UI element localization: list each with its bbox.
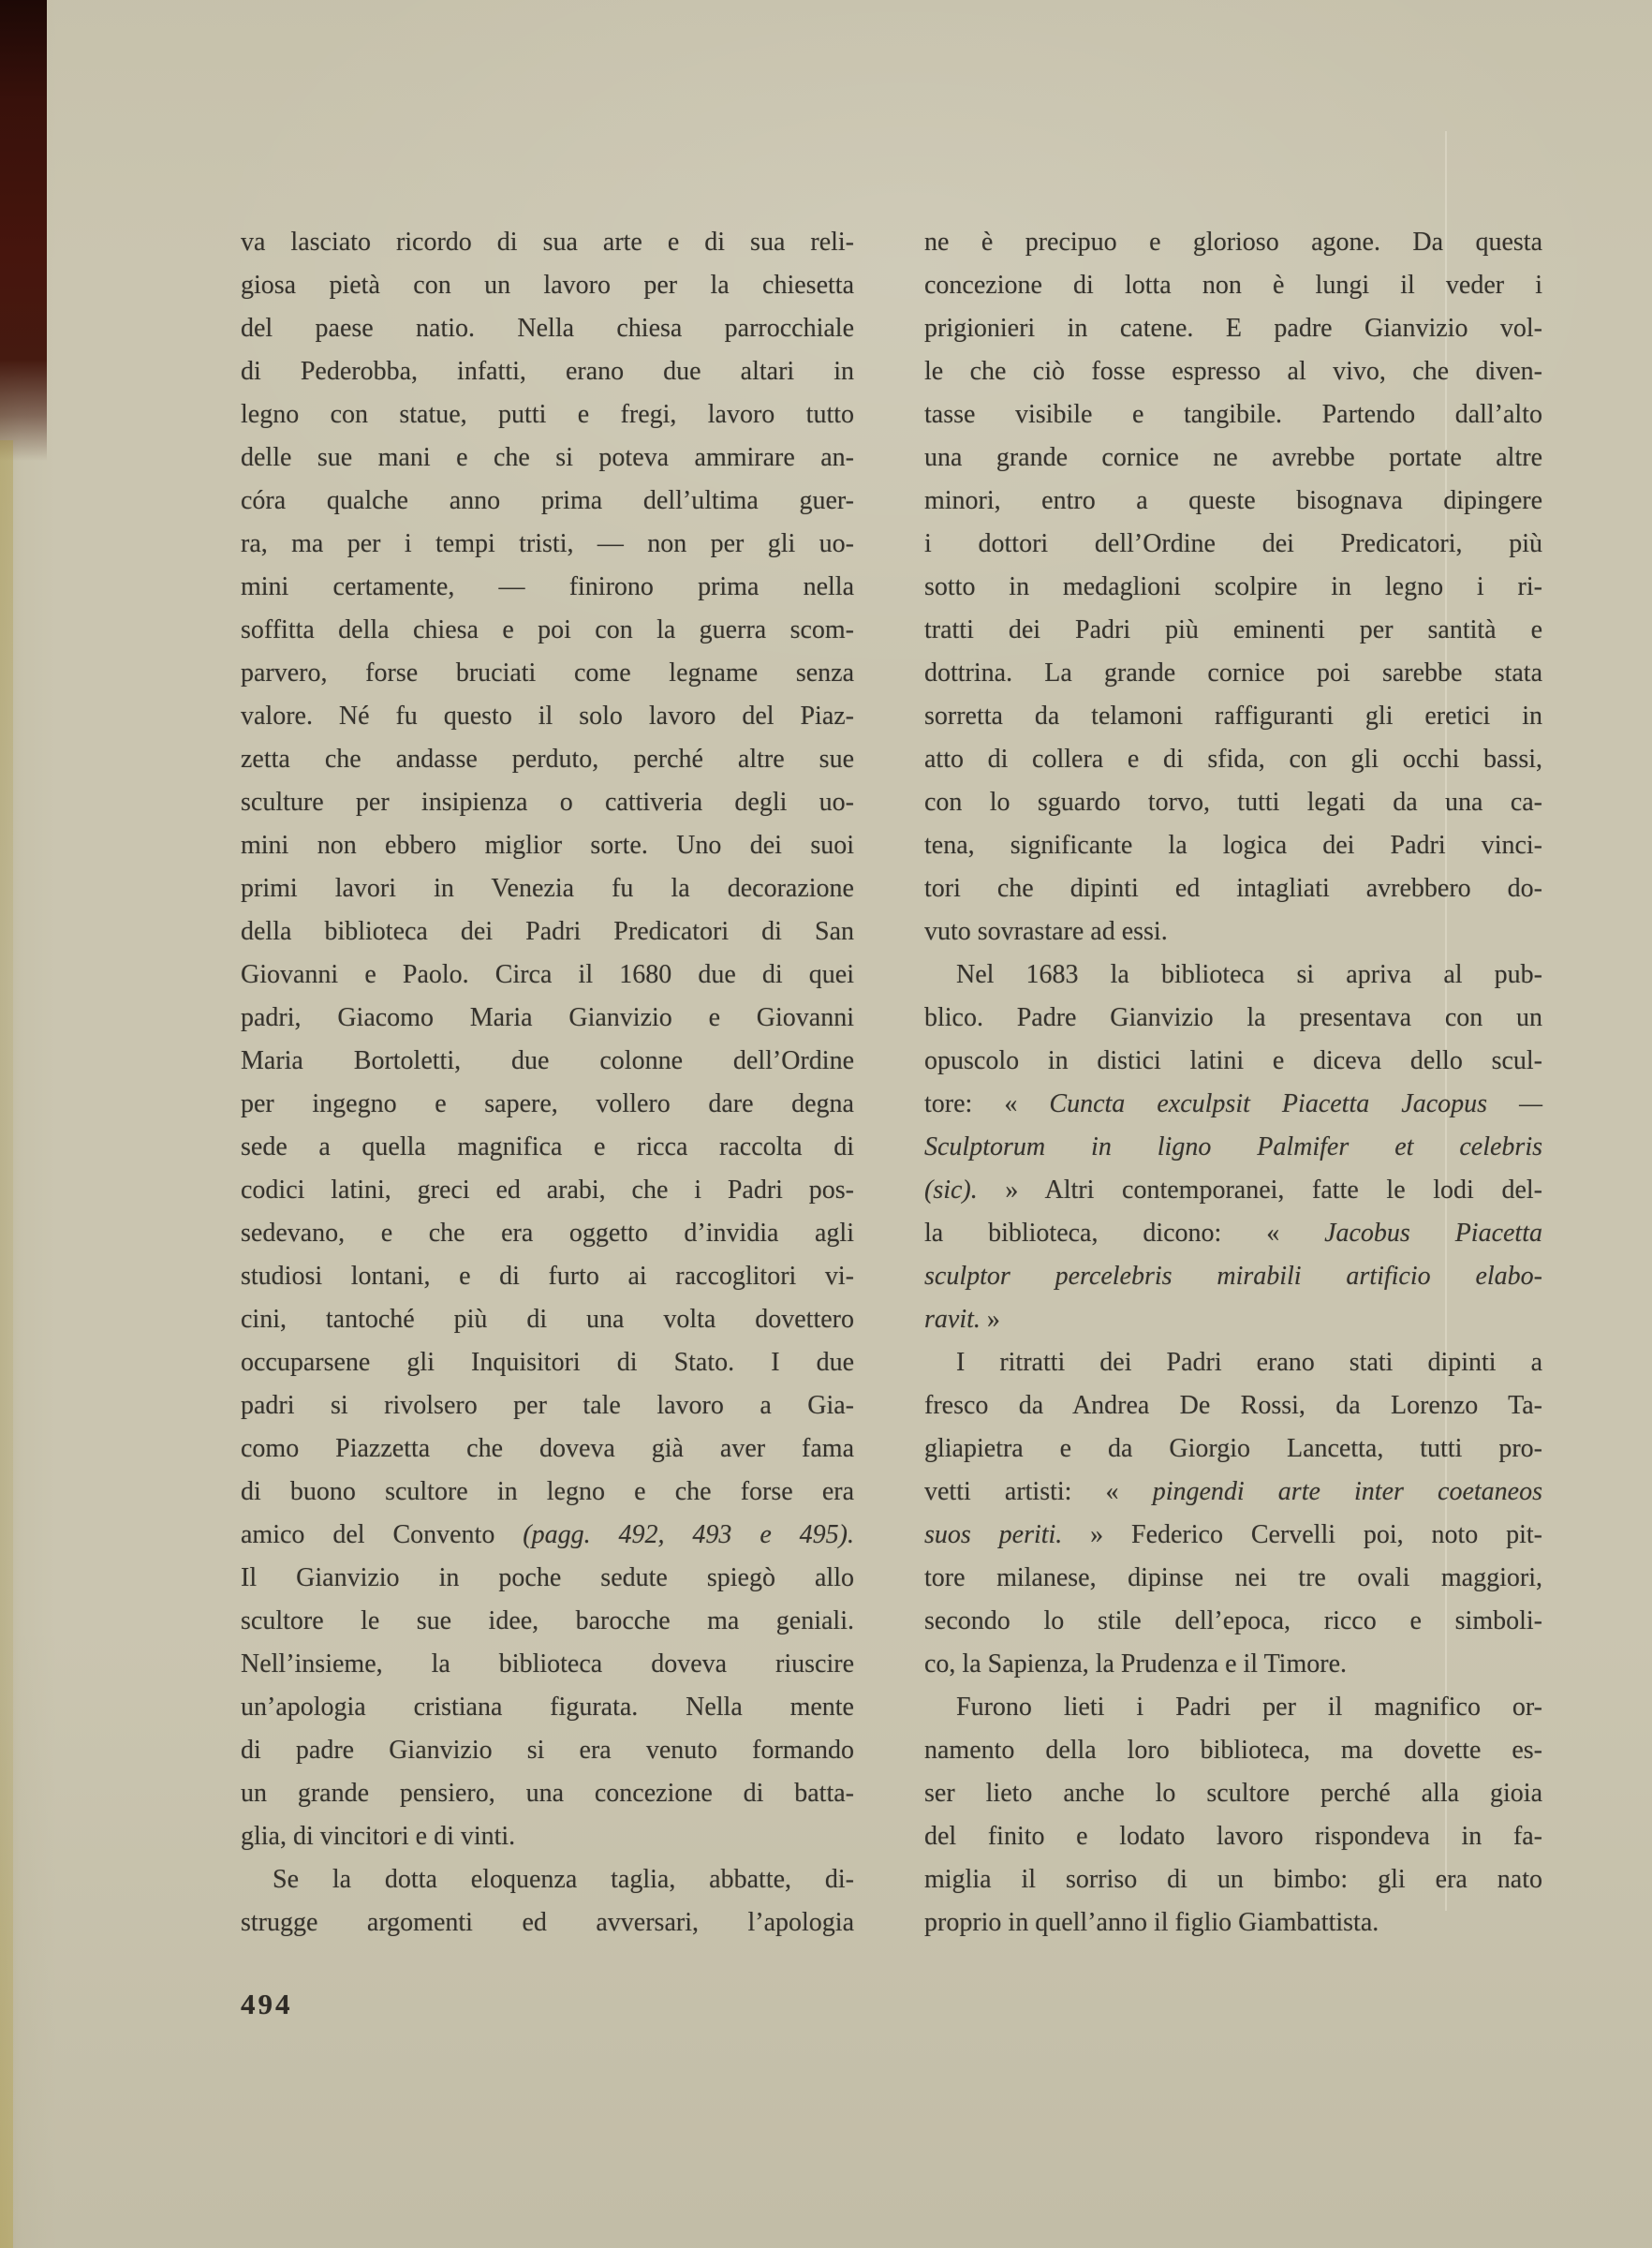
page-number: 494 [241,1988,293,2021]
text-run: amico del Convento [241,1520,523,1549]
text-run: sorretta da telamoni raffiguranti gli er… [924,702,1542,731]
text-line: Nel 1683 la biblioteca si apriva al pub- [924,954,1542,997]
text-line: opuscolo in distici latini e diceva dell… [924,1040,1542,1083]
text-run: Maria Bortoletti, due colonne dell’Ordin… [241,1046,854,1075]
text-line: namento della loro biblioteca, ma dovett… [924,1729,1542,1772]
text-run: per ingegno e sapere, vollero dare degna [241,1089,854,1118]
text-run: Nel 1683 la biblioteca si apriva al pub- [956,960,1542,989]
italic-text-run: ravit. [924,1305,981,1334]
text-run: sculture per insipienza o cattiveria deg… [241,788,854,817]
text-line: con lo sguardo torvo, tutti legati da un… [924,781,1542,824]
italic-text-run: suos periti. [924,1520,1062,1549]
text-run: codici latini, greci ed arabi, che i Pad… [241,1176,854,1205]
text-line: Se la dotta eloquenza taglia, abbatte, d… [241,1858,854,1901]
text-line: Sculptorum in ligno Palmifer et celebris [924,1126,1542,1169]
text-run: glia, di vincitori e di vinti. [241,1822,515,1851]
text-run: delle sue mani e che si poteva ammirare … [241,443,854,472]
text-line: le che ciò fosse espresso al vivo, che d… [924,350,1542,393]
text-line: proprio in quell’anno il figlio Giambatt… [924,1901,1542,1945]
text-run: Nell’insieme, la biblioteca doveva riusc… [241,1649,854,1679]
text-line: tena, significante la logica dei Padri v… [924,824,1542,867]
text-column-left: va lasciato ricordo di sua arte e di sua… [241,221,854,1945]
text-line: ne è precipuo e glorioso agone. Da quest… [924,221,1542,264]
text-run: va lasciato ricordo di sua arte e di sua… [241,228,854,257]
text-run: co, la Sapienza, la Prudenza e il Timore… [924,1649,1347,1679]
text-run: » Altri contemporanei, fatte le lodi del… [978,1176,1542,1205]
text-line: suos periti. » Federico Cervelli poi, no… [924,1514,1542,1557]
text-run: parvero, forse bruciati come legname sen… [241,658,854,688]
text-run: padri si rivolsero per tale lavoro a Gia… [241,1391,854,1420]
italic-text-run: Jacobus Piacetta [1324,1219,1542,1248]
text-line: di buono scultore in legno e che forse e… [241,1471,854,1514]
text-run: córa qualche anno prima dell’ultima guer… [241,486,854,515]
text-run: como Piazzetta che doveva già aver fama [241,1434,854,1463]
text-line: padri si rivolsero per tale lavoro a Gia… [241,1384,854,1427]
text-line: tore: « Cuncta exculpsit Piacetta Jacopu… [924,1083,1542,1126]
text-run: namento della loro biblioteca, ma dovett… [924,1736,1542,1765]
italic-text-run: (pagg. 492, 493 e 495). [523,1520,854,1549]
text-run: Furono lieti i Padri per il magnifico or… [956,1693,1542,1722]
text-line: sorretta da telamoni raffiguranti gli er… [924,695,1542,738]
text-line: della biblioteca dei Padri Predicatori d… [241,910,854,954]
text-run: I ritratti dei Padri erano stati dipinti… [956,1348,1542,1377]
text-line: legno con statue, putti e fregi, lavoro … [241,393,854,436]
text-line: una grande cornice ne avrebbe portate al… [924,436,1542,480]
text-run: fresco da Andrea De Rossi, da Lorenzo Ta… [924,1391,1542,1420]
text-run: sedevano, e che era oggetto d’invidia ag… [241,1219,854,1248]
text-run: proprio in quell’anno il figlio Giambatt… [924,1908,1379,1937]
text-run: ser lieto anche lo scultore perché alla … [924,1779,1542,1808]
text-run: mini certamente, — finirono prima nella [241,572,854,601]
text-run: di padre Gianvizio si era venuto formand… [241,1736,854,1765]
text-run: prigionieri in catene. E padre Gianvizio… [924,314,1542,343]
text-run: di buono scultore in legno e che forse e… [241,1477,854,1506]
text-run: una grande cornice ne avrebbe portate al… [924,443,1542,472]
text-line: valore. Né fu questo il solo lavoro del … [241,695,854,738]
text-run: tore: « [924,1089,1049,1118]
text-line: glia, di vincitori e di vinti. [241,1815,854,1858]
text-run: vuto sovrastare ad essi. [924,917,1168,946]
text-line: I ritratti dei Padri erano stati dipinti… [924,1341,1542,1384]
text-run: secondo lo stile dell’epoca, ricco e sim… [924,1606,1542,1635]
text-run: giosa pietà con un lavoro per la chieset… [241,271,854,300]
text-run: zetta che andasse perduto, perché altre … [241,745,854,774]
text-line: i dottori dell’Ordine dei Predicatori, p… [924,523,1542,566]
text-line: miglia il sorriso di un bimbo: gli era n… [924,1858,1542,1901]
text-line: atto di collera e di sfida, con gli occh… [924,738,1542,781]
text-line: Nell’insieme, la biblioteca doveva riusc… [241,1643,854,1686]
text-line: va lasciato ricordo di sua arte e di sua… [241,221,854,264]
text-line: Il Gianvizio in poche sedute spiegò allo [241,1557,854,1600]
text-line: dottrina. La grande cornice poi sarebbe … [924,652,1542,695]
text-line: prigionieri in catene. E padre Gianvizio… [924,307,1542,350]
text-line: strugge argomenti ed avversari, l’apolog… [241,1901,854,1945]
text-line: ser lieto anche lo scultore perché alla … [924,1772,1542,1815]
text-run: Il Gianvizio in poche sedute spiegò allo [241,1563,854,1592]
text-line: gliapietra e da Giorgio Lancetta, tutti … [924,1427,1542,1471]
text-run: soffitta della chiesa e poi con la guerr… [241,615,854,644]
text-run: ra, ma per i tempi tristi, — non per gli… [241,529,854,558]
text-run: Giovanni e Paolo. Circa il 1680 due di q… [241,960,854,989]
text-run: tori che dipinti ed intagliati avrebbero… [924,874,1542,903]
text-run: opuscolo in distici latini e diceva dell… [924,1046,1542,1075]
text-line: delle sue mani e che si poteva ammirare … [241,436,854,480]
text-run: padri, Giacomo Maria Gianvizio e Giovann… [241,1003,854,1032]
text-run: di Pederobba, infatti, erano due altari … [241,357,854,386]
text-line: sotto in medaglioni scolpire in legno i … [924,566,1542,609]
text-line: fresco da Andrea De Rossi, da Lorenzo Ta… [924,1384,1542,1427]
text-run: con lo sguardo torvo, tutti legati da un… [924,788,1542,817]
text-run: sotto in medaglioni scolpire in legno i … [924,572,1542,601]
text-run: studiosi lontani, e di furto ai raccogli… [241,1262,854,1291]
text-run: mini non ebbero miglior sorte. Uno dei s… [241,831,854,860]
text-line: di Pederobba, infatti, erano due altari … [241,350,854,393]
text-line: Maria Bortoletti, due colonne dell’Ordin… [241,1040,854,1083]
text-line: secondo lo stile dell’epoca, ricco e sim… [924,1600,1542,1643]
text-line: (sic). » Altri contemporanei, fatte le l… [924,1169,1542,1212]
text-run: concezione di lotta non è lungi il veder… [924,271,1542,300]
text-run: atto di collera e di sfida, con gli occh… [924,745,1542,774]
scan-edge-artifact [0,0,47,461]
text-run: un’apologia cristiana figurata. Nella me… [241,1693,854,1722]
text-run: del paese natio. Nella chiesa parrocchia… [241,314,854,343]
text-column-right: ne è precipuo e glorioso agone. Da quest… [924,221,1542,1945]
text-run: minori, entro a queste bisognava dipinge… [924,486,1542,515]
italic-text-run: Sculptorum in ligno Palmifer et celebris [924,1132,1542,1161]
text-run: i dottori dell’Ordine dei Predicatori, p… [924,529,1542,558]
text-run: strugge argomenti ed avversari, l’apolog… [241,1908,854,1937]
text-line: córa qualche anno prima dell’ultima guer… [241,480,854,523]
text-run: ne è precipuo e glorioso agone. Da quest… [924,228,1542,257]
text-line: ra, ma per i tempi tristi, — non per gli… [241,523,854,566]
text-line: del paese natio. Nella chiesa parrocchia… [241,307,854,350]
text-line: tori che dipinti ed intagliati avrebbero… [924,867,1542,910]
text-run: dottrina. La grande cornice poi sarebbe … [924,658,1542,688]
text-line: Giovanni e Paolo. Circa il 1680 due di q… [241,954,854,997]
text-line: sculture per insipienza o cattiveria deg… [241,781,854,824]
text-run: un grande pensiero, una concezione di ba… [241,1779,854,1808]
text-line: mini certamente, — finirono prima nella [241,566,854,609]
text-run: valore. Né fu questo il solo lavoro del … [241,702,854,731]
text-run: tore milanese, dipinse nei tre ovali mag… [924,1563,1542,1592]
text-run: del finito e lodato lavoro rispondeva in… [924,1822,1542,1851]
text-run: primi lavori in Venezia fu la decorazion… [241,874,854,903]
text-run: le che ciò fosse espresso al vivo, che d… [924,357,1542,386]
text-line: per ingegno e sapere, vollero dare degna [241,1083,854,1126]
text-run: » Federico Cervelli poi, noto pit- [1062,1520,1542,1549]
text-run: tena, significante la logica dei Padri v… [924,831,1542,860]
text-run: blico. Padre Gianvizio la presentava con… [924,1003,1542,1032]
text-line: co, la Sapienza, la Prudenza e il Timore… [924,1643,1542,1686]
text-line: sculptor percelebris mirabili artificio … [924,1255,1542,1298]
text-line: zetta che andasse perduto, perché altre … [241,738,854,781]
text-line: cini, tantoché più di una volta dovetter… [241,1298,854,1341]
text-run: cini, tantoché più di una volta dovetter… [241,1305,854,1334]
text-line: vetti artisti: « pingendi arte inter coe… [924,1471,1542,1514]
text-line: sede a quella magnifica e ricca raccolta… [241,1126,854,1169]
italic-text-run: Cuncta exculpsit Piacetta Jacopus — [1049,1089,1542,1118]
text-line: ravit. » [924,1298,1542,1341]
text-run: scultore le sue idee, barocche ma genial… [241,1606,854,1635]
italic-text-run: pingendi arte inter coetaneos [1153,1477,1542,1506]
text-run: occuparsene gli Inquisitori di Stato. I … [241,1348,854,1377]
text-run: » [981,1305,1000,1334]
text-line: minori, entro a queste bisognava dipinge… [924,480,1542,523]
text-line: Furono lieti i Padri per il magnifico or… [924,1686,1542,1729]
text-line: parvero, forse bruciati come legname sen… [241,652,854,695]
text-line: del finito e lodato lavoro rispondeva in… [924,1815,1542,1858]
italic-text-run: sculptor percelebris mirabili artificio … [924,1262,1542,1291]
book-page: va lasciato ricordo di sua arte e di sua… [0,0,1652,2248]
text-run: della biblioteca dei Padri Predicatori d… [241,917,854,946]
text-run: Se la dotta eloquenza taglia, abbatte, d… [273,1865,854,1894]
text-line: padri, Giacomo Maria Gianvizio e Giovann… [241,997,854,1040]
text-line: tasse visibile e tangibile. Partendo dal… [924,393,1542,436]
text-line: blico. Padre Gianvizio la presentava con… [924,997,1542,1040]
scan-edge-tint [0,440,13,2248]
text-run: vetti artisti: « [924,1477,1153,1506]
text-line: primi lavori in Venezia fu la decorazion… [241,867,854,910]
text-line: mini non ebbero miglior sorte. Uno dei s… [241,824,854,867]
text-line: studiosi lontani, e di furto ai raccogli… [241,1255,854,1298]
text-line: tratti dei Padri più eminenti per santit… [924,609,1542,652]
text-line: la biblioteca, dicono: « Jacobus Piacett… [924,1212,1542,1255]
text-line: scultore le sue idee, barocche ma genial… [241,1600,854,1643]
text-line: un grande pensiero, una concezione di ba… [241,1772,854,1815]
text-line: soffitta della chiesa e poi con la guerr… [241,609,854,652]
text-line: tore milanese, dipinse nei tre ovali mag… [924,1557,1542,1600]
text-line: concezione di lotta non è lungi il veder… [924,264,1542,307]
text-run: tratti dei Padri più eminenti per santit… [924,615,1542,644]
italic-text-run: (sic). [924,1176,978,1205]
text-line: vuto sovrastare ad essi. [924,910,1542,954]
text-run: miglia il sorriso di un bimbo: gli era n… [924,1865,1542,1894]
text-line: un’apologia cristiana figurata. Nella me… [241,1686,854,1729]
text-run: sede a quella magnifica e ricca raccolta… [241,1132,854,1161]
text-run: la biblioteca, dicono: « [924,1219,1324,1248]
text-run: gliapietra e da Giorgio Lancetta, tutti … [924,1434,1542,1463]
text-line: amico del Convento (pagg. 492, 493 e 495… [241,1514,854,1557]
text-run: tasse visibile e tangibile. Partendo dal… [924,400,1542,429]
text-line: codici latini, greci ed arabi, che i Pad… [241,1169,854,1212]
text-line: como Piazzetta che doveva già aver fama [241,1427,854,1471]
text-line: di padre Gianvizio si era venuto formand… [241,1729,854,1772]
text-line: giosa pietà con un lavoro per la chieset… [241,264,854,307]
text-line: sedevano, e che era oggetto d’invidia ag… [241,1212,854,1255]
text-line: occuparsene gli Inquisitori di Stato. I … [241,1341,854,1384]
text-run: legno con statue, putti e fregi, lavoro … [241,400,854,429]
